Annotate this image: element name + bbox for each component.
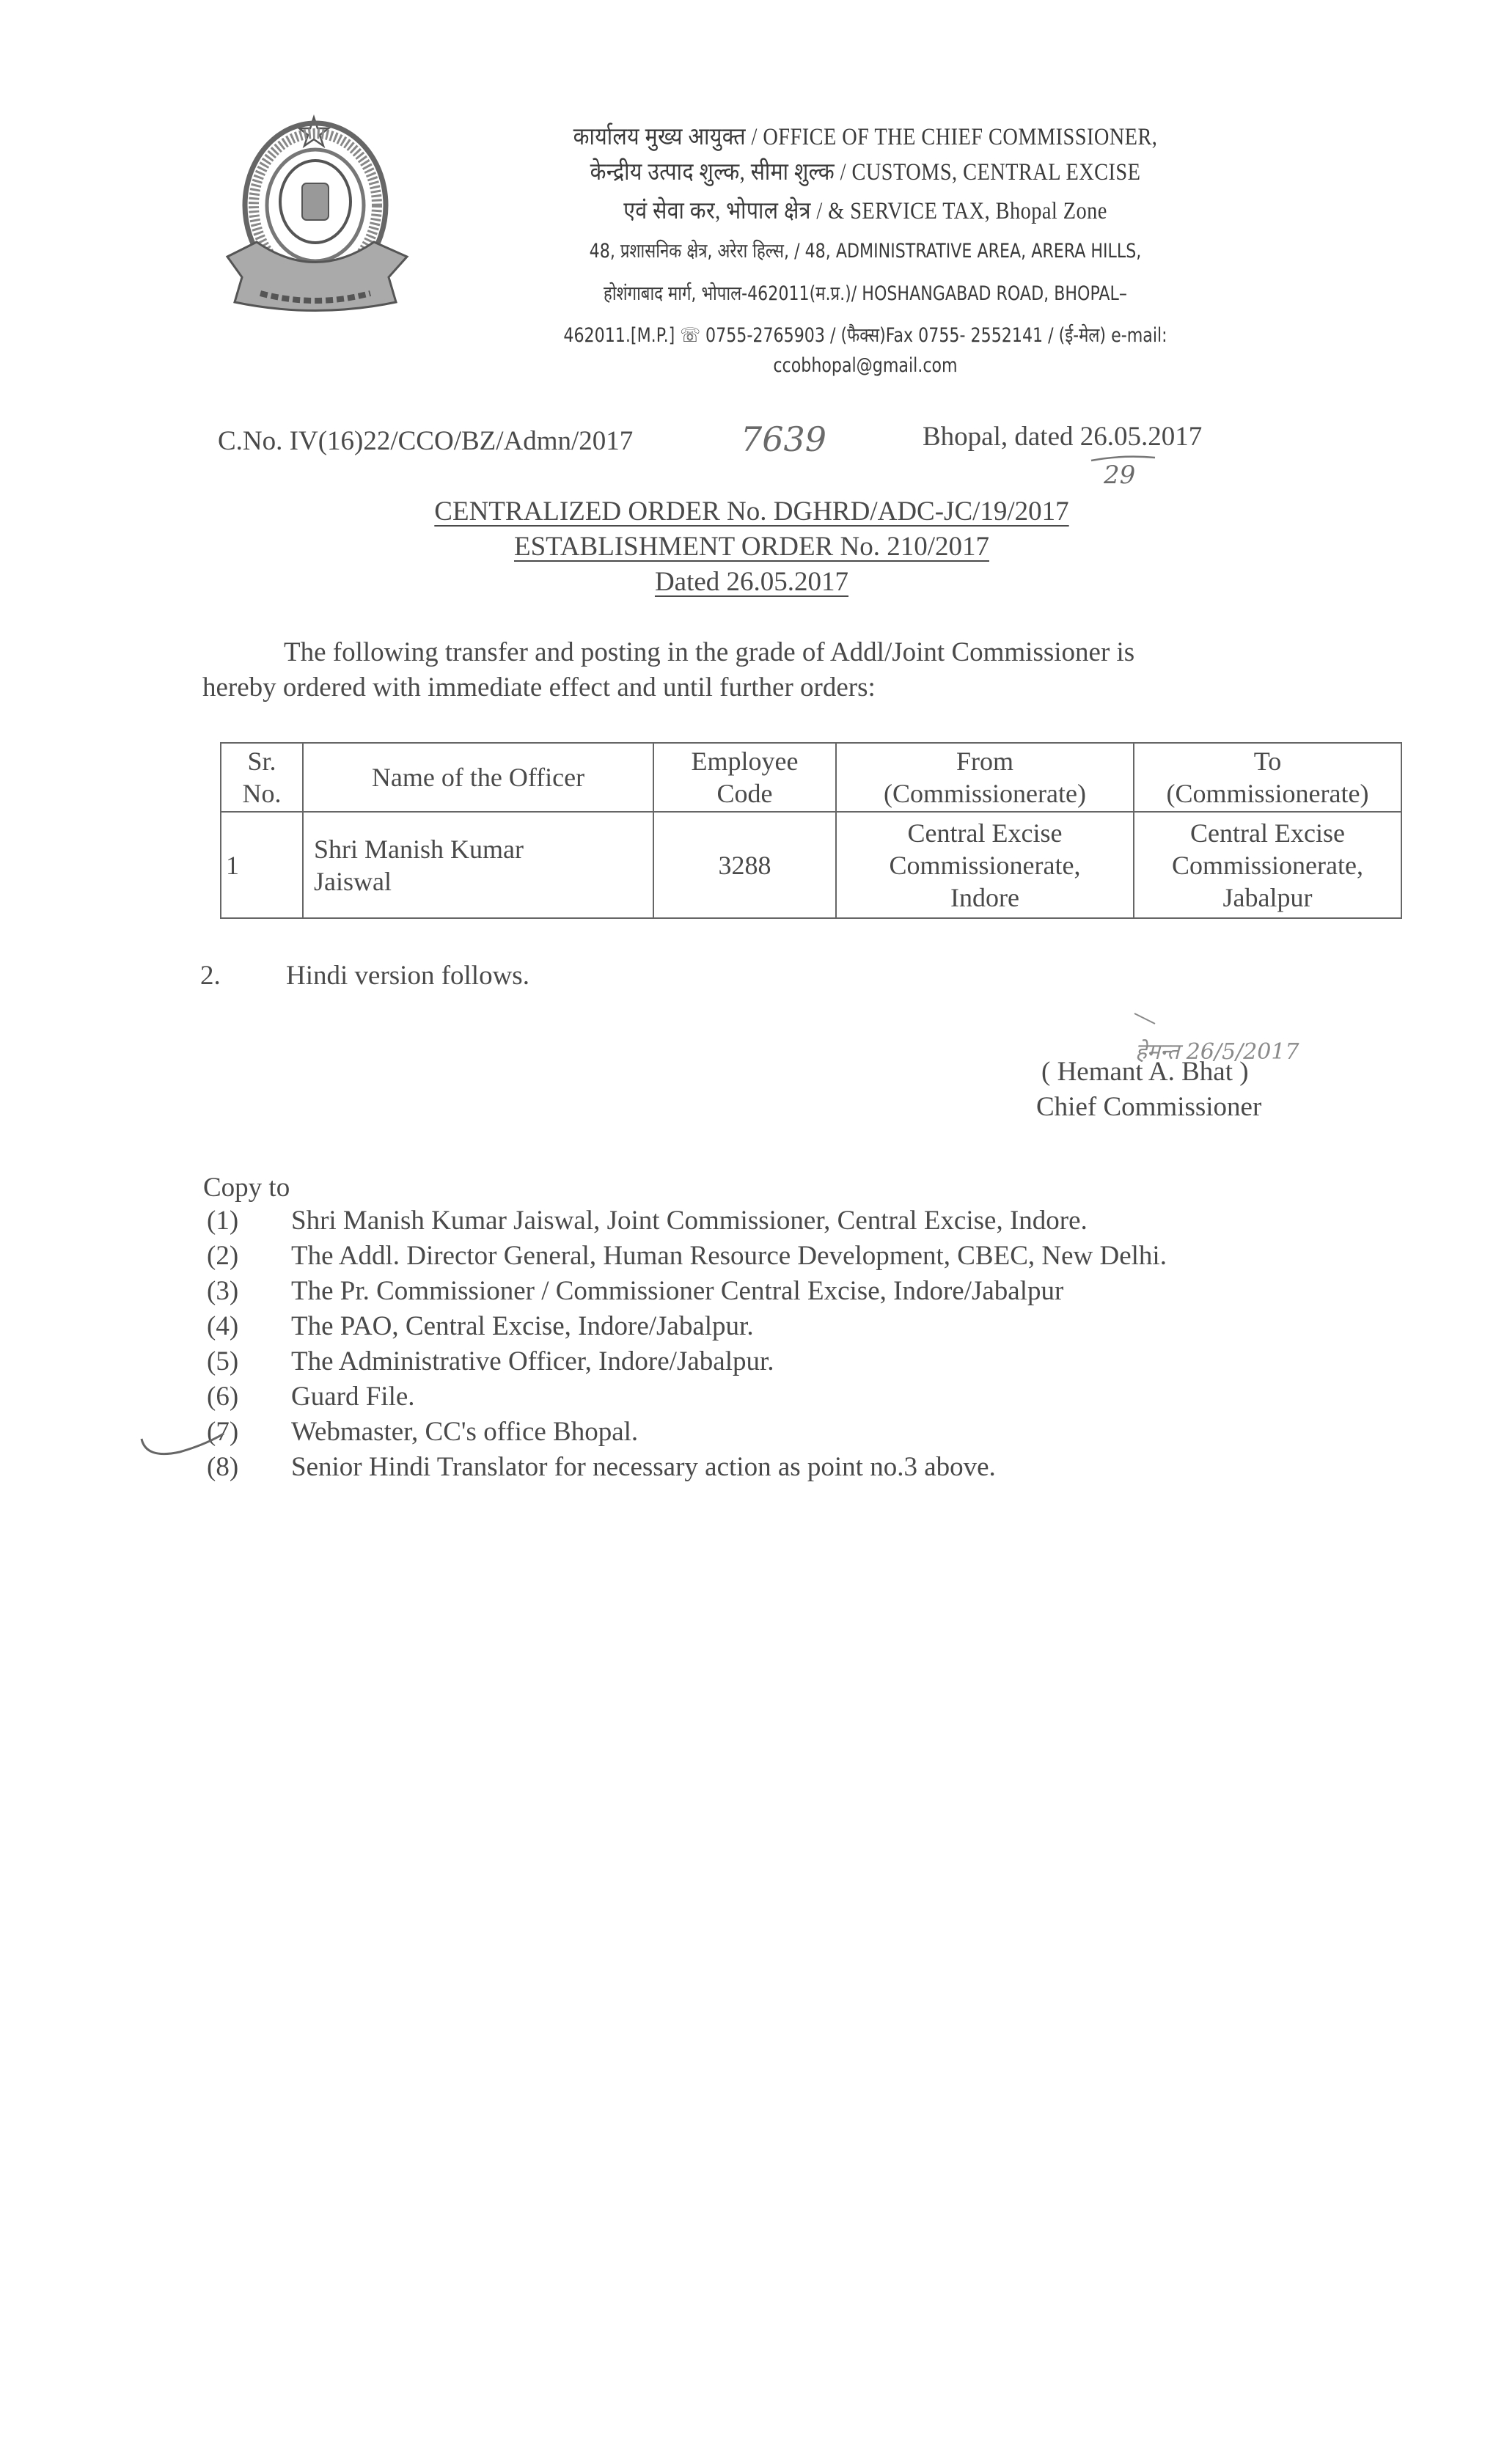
- copy-to-item-text: The Administrative Officer, Indore/Jabal…: [291, 1346, 774, 1377]
- establishment-order-title: ESTABLISHMENT ORDER No. 210/2017: [323, 531, 1181, 562]
- handwritten-tick-mark-icon: [136, 1426, 231, 1463]
- point-2-number: 2.: [200, 960, 221, 991]
- copy-to-item-number: (1): [207, 1205, 238, 1236]
- copy-to-item-number: (2): [207, 1240, 238, 1272]
- header-from: From (Commissionerate): [836, 743, 1134, 812]
- centralized-order-title: CENTRALIZED ORDER No. DGHRD/ADC-JC/19/20…: [323, 496, 1181, 527]
- order-date-text: Dated 26.05.2017: [655, 567, 848, 597]
- copy-to-item-text: Shri Manish Kumar Jaiswal, Joint Commiss…: [291, 1205, 1088, 1236]
- file-number: C.No. IV(16)22/CCO/BZ/Admn/2017: [218, 425, 633, 457]
- copy-to-item-number: (3): [207, 1275, 238, 1307]
- letterhead-road-line: होशंगाबाद मार्ग, भोपाल-462011(म.प्र.)/ H…: [546, 279, 1184, 306]
- header-sr-no: Sr. No.: [221, 743, 303, 812]
- point-2-text: Hindi version follows.: [286, 960, 529, 991]
- cell-from: Central Excise Commissionerate, Indore: [836, 812, 1134, 918]
- handwritten-date-note: 29: [1104, 461, 1135, 490]
- signatory-designation: Chief Commissioner: [1036, 1091, 1261, 1123]
- copy-to-item-text: Senior Hindi Translator for necessary ac…: [291, 1451, 996, 1483]
- table-row: 1 Shri Manish Kumar Jaiswal 3288 Central…: [221, 812, 1401, 918]
- copy-to-heading: Copy to: [203, 1172, 290, 1203]
- cell-officer-name: Shri Manish Kumar Jaiswal: [303, 812, 653, 918]
- handwritten-dispatch-number: 7639: [741, 419, 826, 459]
- letterhead-department-line: केन्द्रीय उत्पाद शुल्क, सीमा शुल्क / CUS…: [531, 154, 1200, 187]
- letterhead-zone-line: एवं सेवा कर, भोपाल क्षेत्र / & SERVICE T…: [531, 193, 1200, 226]
- letterhead-email[interactable]: ccobhopal@gmail.com: [546, 354, 1184, 377]
- copy-to-item-number: (6): [207, 1381, 238, 1412]
- signature-stroke-icon: [1133, 1011, 1162, 1033]
- copy-to-item-text: The Addl. Director General, Human Resour…: [291, 1240, 1167, 1272]
- copy-to-item-number: (5): [207, 1346, 238, 1377]
- copy-to-item-text: The PAO, Central Excise, Indore/Jabalpur…: [291, 1310, 754, 1342]
- copy-to-item-text: The Pr. Commissioner / Commissioner Cent…: [291, 1275, 1063, 1307]
- cell-employee-code: 3288: [653, 812, 836, 918]
- header-employee-code: Employee Code: [653, 743, 836, 812]
- table-header-row: Sr. No. Name of the Officer Employee Cod…: [221, 743, 1401, 812]
- letterhead-address-line: 48, प्रशासनिक क्षेत्र, अरेरा हिल्स, / 48…: [546, 236, 1184, 263]
- place-and-date: Bhopal, dated 26.05.2017: [923, 421, 1202, 452]
- copy-to-item-number: (4): [207, 1310, 238, 1342]
- header-officer-name: Name of the Officer: [303, 743, 653, 812]
- letterhead-contact-line: 462011.[M.P.] ☏ 0755-2765903 / (फैक्स)Fa…: [546, 320, 1184, 348]
- transfer-posting-table: Sr. No. Name of the Officer Employee Cod…: [220, 742, 1402, 919]
- cell-to: Central Excise Commissionerate, Jabalpur: [1134, 812, 1401, 918]
- header-to: To (Commissionerate): [1134, 743, 1401, 812]
- copy-to-item-text: Webmaster, CC's office Bhopal.: [291, 1416, 638, 1448]
- order-date-title: Dated 26.05.2017: [323, 566, 1181, 598]
- customs-emblem-seal-icon: [220, 110, 418, 330]
- establishment-order-text: ESTABLISHMENT ORDER No. 210/2017: [514, 532, 989, 562]
- letterhead-office-line: कार्यालय मुख्य आयुक्त / OFFICE OF THE CH…: [531, 119, 1200, 152]
- signatory-name: ( Hemant A. Bhat ): [1041, 1056, 1249, 1088]
- cell-sr: 1: [221, 812, 303, 918]
- intro-line-1: The following transfer and posting in th…: [284, 637, 1134, 668]
- intro-line-2: hereby ordered with immediate effect and…: [202, 672, 876, 703]
- copy-to-item-text: Guard File.: [291, 1381, 415, 1412]
- centralized-order-text: CENTRALIZED ORDER No. DGHRD/ADC-JC/19/20…: [434, 496, 1068, 527]
